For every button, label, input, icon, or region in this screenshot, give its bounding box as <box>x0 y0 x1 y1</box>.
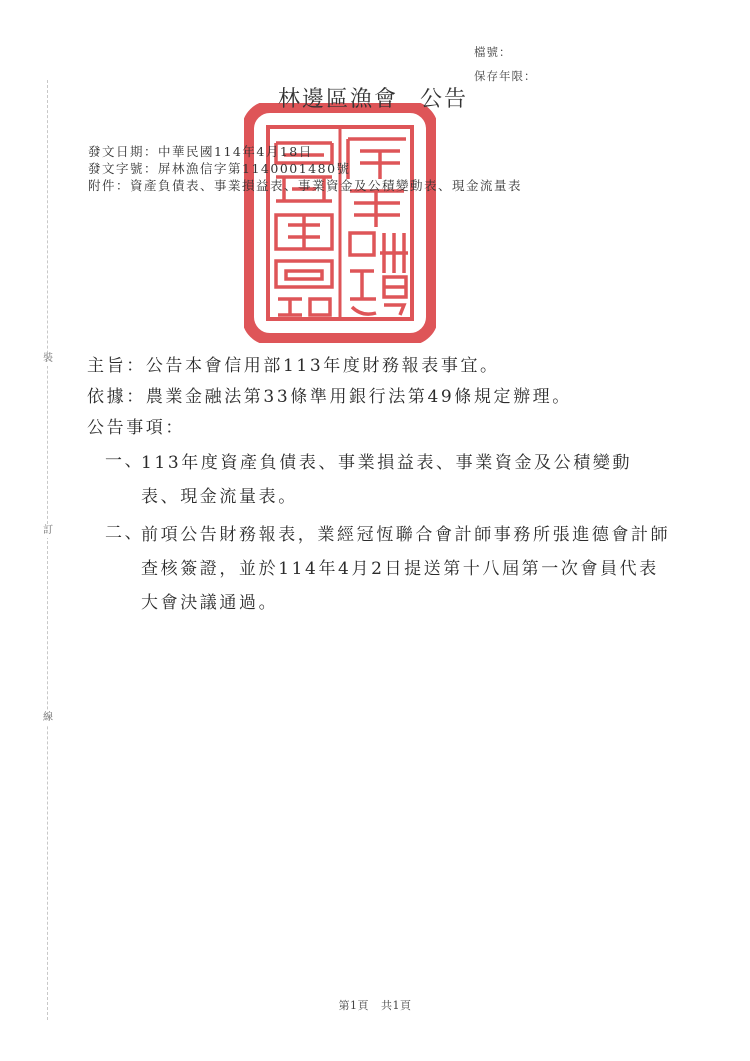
file-metadata: 檔號： 保存年限： <box>474 40 537 88</box>
item-number: 一、 <box>105 446 141 514</box>
issue-number-row: 發文字號：屏林漁信字第1140001480號 <box>88 160 522 177</box>
page-total: 共1頁 <box>381 999 412 1012</box>
announcement-body: 主旨：公告本會信用部113年度財務報表事宜。 依據：農業金融法第33條準用銀行法… <box>87 351 687 624</box>
binding-char-zhuang: 裝 <box>40 352 56 366</box>
attachment-value: 資產負債表、事業損益表、事業資金及公積變動表、現金流量表 <box>130 178 522 193</box>
basis-label: 依據： <box>87 387 146 407</box>
issue-number-label: 發文字號： <box>88 161 158 176</box>
subject-text: 公告本會信用部113年度財務報表事宜。 <box>146 356 500 376</box>
page-current: 第1頁 <box>339 999 370 1012</box>
title-organization: 林邊區漁會 <box>278 87 398 112</box>
official-seal-icon <box>244 103 436 343</box>
issue-date-label: 發文日期： <box>88 144 158 159</box>
basis-text: 農業金融法第33條準用銀行法第49條規定辦理。 <box>146 387 572 407</box>
document-title: 林邊區漁會公告 <box>278 82 468 113</box>
issue-date-row: 發文日期：中華民國114年4月18日 <box>88 143 522 160</box>
attachment-label: 附件： <box>88 178 130 193</box>
subject-line: 主旨：公告本會信用部113年度財務報表事宜。 <box>87 351 687 382</box>
file-number-label: 檔號： <box>474 45 512 59</box>
page-footer: 第1頁共1頁 <box>0 997 750 1013</box>
title-doc-type: 公告 <box>420 87 468 112</box>
file-number-row: 檔號： <box>474 40 537 64</box>
item-text: 前項公告財務報表，業經冠恆聯合會計師事務所張進德會計師查核簽證，並於114年4月… <box>141 518 671 620</box>
attachment-row: 附件：資產負債表、事業損益表、事業資金及公積變動表、現金流量表 <box>88 177 522 194</box>
issue-info: 發文日期：中華民國114年4月18日 發文字號：屏林漁信字第1140001480… <box>88 143 522 194</box>
issue-number-value: 屏林漁信字第1140001480號 <box>158 161 351 176</box>
binding-line <box>47 80 48 1020</box>
items-heading: 公告事項： <box>87 413 687 444</box>
item-text: 113年度資產負債表、事業損益表、事業資金及公積變動表、現金流量表。 <box>141 446 671 514</box>
issue-date-value: 中華民國114年4月18日 <box>158 144 313 159</box>
document-page: 檔號： 保存年限： 裝 訂 線 林邊區漁會公告 <box>0 0 750 1061</box>
basis-line: 依據：農業金融法第33條準用銀行法第49條規定辦理。 <box>87 382 687 413</box>
subject-label: 主旨： <box>87 356 146 376</box>
item-number: 二、 <box>105 518 141 620</box>
binding-char-ding: 訂 <box>40 524 56 538</box>
binding-char-xian: 線 <box>40 711 56 725</box>
retention-row: 保存年限： <box>474 64 537 88</box>
announcement-item: 一、 113年度資產負債表、事業損益表、事業資金及公積變動表、現金流量表。 <box>105 446 687 514</box>
retention-label: 保存年限： <box>474 69 537 83</box>
items-label: 公告事項： <box>87 418 185 438</box>
announcement-item: 二、 前項公告財務報表，業經冠恆聯合會計師事務所張進德會計師查核簽證，並於114… <box>105 518 687 620</box>
